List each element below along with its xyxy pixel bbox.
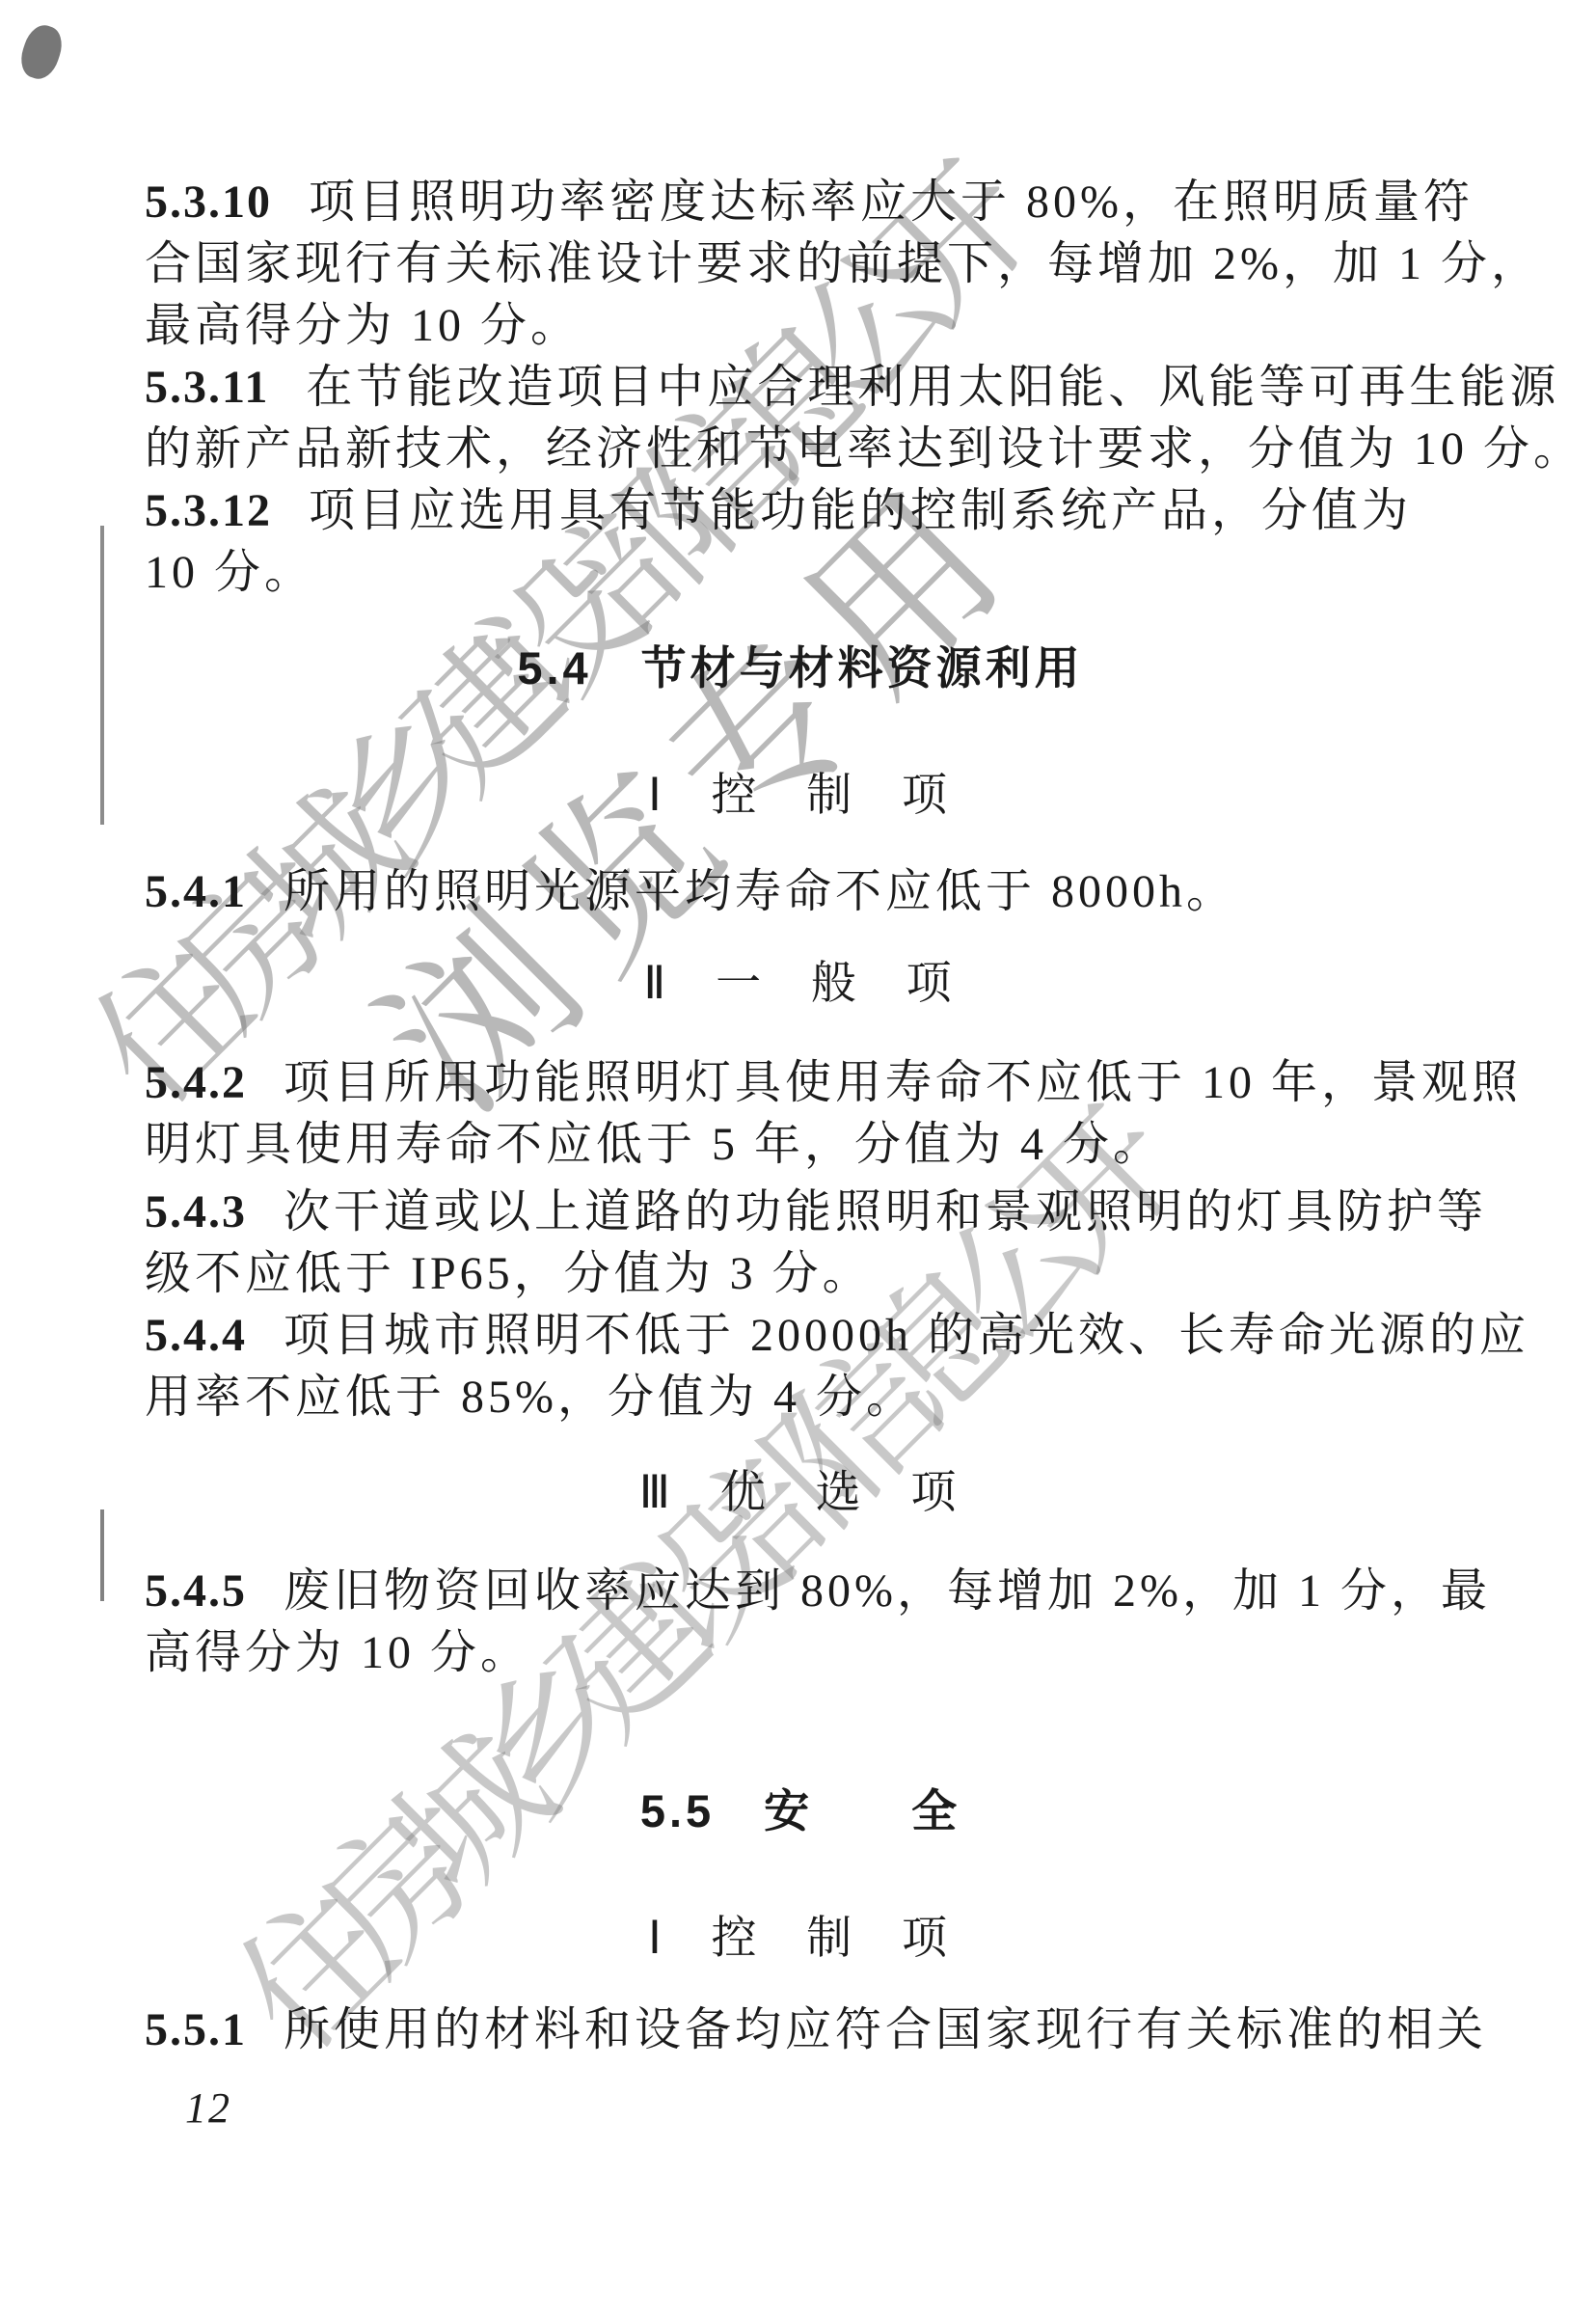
clause-5.3.10: 5.3.10项目照明功率密度达标率应大于 80%，在照明质量符合国家现行有关标准…: [145, 172, 1456, 357]
clause-number: 5.5.1: [145, 2004, 247, 2055]
clause-text: 项目城市照明不低于 20000h 的高光效、长寿命光源的应: [284, 1310, 1529, 1361]
clause-text: 次干道或以上道路的功能照明和景观照明的灯具防护等: [284, 1186, 1487, 1237]
clause-number: 5.3.11: [145, 362, 269, 413]
clause-5.4.2: 5.4.2项目所用功能照明灯具使用寿命不应低于 10 年，景观照明灯具使用寿命不…: [145, 1052, 1456, 1176]
text-line: 用率不应低于 85%，分值为 4 分。: [145, 1367, 1456, 1428]
clause-text: 在节能改造项目中应合理利用太阳能、风能等可再生能源: [306, 362, 1559, 413]
text-line: 5.4.3次干道或以上道路的功能照明和景观照明的灯具防护等: [145, 1182, 1456, 1243]
text-line: 最高得分为 10 分。: [145, 295, 1456, 357]
text-line: 5.4.5废旧物资回收率应达到 80%，每增加 2%，加 1 分，最: [145, 1561, 1456, 1622]
clause-5.4.3: 5.4.3次干道或以上道路的功能照明和景观照明的灯具防护等级不应低于 IP65，…: [145, 1182, 1456, 1305]
clause-number: 5.3.12: [145, 485, 272, 536]
clause-number: 5.4.3: [145, 1186, 247, 1237]
clause-text: 项目所用功能照明灯具使用寿命不应低于 10 年，景观照: [284, 1057, 1522, 1108]
document-page: 住房城乡建设部信息公开 浏览专用 住房城乡建设部信息公开 5.3.10项目照明功…: [0, 0, 1596, 2311]
text-line: 5.3.11在节能改造项目中应合理利用太阳能、风能等可再生能源: [145, 357, 1456, 419]
clause-number: 5.4.1: [145, 866, 247, 917]
text-line: 级不应低于 IP65，分值为 3 分。: [145, 1243, 1456, 1305]
text-line: 5.3.12项目应选用具有节能功能的控制系统产品，分值为: [145, 480, 1456, 542]
text-line: 5.4.1所用的照明光源平均寿命不应低于 8000h。: [145, 861, 1456, 923]
clause-number: 5.4.5: [145, 1565, 247, 1617]
text-line: 5.5.1所使用的材料和设备均应符合国家现行有关标准的相关: [145, 1999, 1456, 2061]
subheading: Ⅰ 控 制 项: [145, 1908, 1456, 1970]
clause-5.4.5: 5.4.5废旧物资回收率应达到 80%，每增加 2%，加 1 分，最高得分为 1…: [145, 1561, 1456, 1684]
clause-5.4.1: 5.4.1所用的照明光源平均寿命不应低于 8000h。: [145, 861, 1456, 923]
clause-number: 5.4.2: [145, 1057, 247, 1108]
text-line: 5.3.10项目照明功率密度达标率应大于 80%，在照明质量符: [145, 172, 1456, 233]
clause-text: 废旧物资回收率应达到 80%，每增加 2%，加 1 分，最: [284, 1565, 1491, 1617]
subheading: Ⅲ 优 选 项: [145, 1462, 1456, 1524]
subheading: Ⅱ 一 般 项: [145, 953, 1456, 1015]
clause-text: 项目应选用具有节能功能的控制系统产品，分值为: [309, 485, 1412, 536]
clause-number: 5.3.10: [145, 177, 272, 228]
section-heading: 5.5 安 全: [145, 1781, 1456, 1842]
subheading: Ⅰ 控 制 项: [145, 765, 1456, 827]
text-line: 5.4.2项目所用功能照明灯具使用寿命不应低于 10 年，景观照: [145, 1052, 1456, 1114]
clause-5.4.4: 5.4.4项目城市照明不低于 20000h 的高光效、长寿命光源的应用率不应低于…: [145, 1305, 1456, 1428]
text-line: 10 分。: [145, 542, 1456, 604]
text-line: 明灯具使用寿命不应低于 5 年，分值为 4 分。: [145, 1114, 1456, 1176]
text-line: 5.4.4项目城市照明不低于 20000h 的高光效、长寿命光源的应: [145, 1305, 1456, 1367]
clause-number: 5.4.4: [145, 1310, 247, 1361]
clause-5.5.1: 5.5.1所使用的材料和设备均应符合国家现行有关标准的相关: [145, 1999, 1456, 2061]
clause-text: 所用的照明光源平均寿命不应低于 8000h。: [284, 866, 1236, 917]
page-number: 12: [185, 2083, 231, 2133]
text-line: 合国家现行有关标准设计要求的前提下，每增加 2%，加 1 分，: [145, 233, 1456, 295]
clause-text: 项目照明功率密度达标率应大于 80%，在照明质量符: [309, 177, 1474, 228]
clause-text: 所使用的材料和设备均应符合国家现行有关标准的相关: [284, 2004, 1487, 2055]
clause-5.3.11: 5.3.11在节能改造项目中应合理利用太阳能、风能等可再生能源的新产品新技术，经…: [145, 357, 1456, 480]
text-line: 的新产品新技术，经济性和节电率达到设计要求，分值为 10 分。: [145, 419, 1456, 480]
document-body: 5.3.10项目照明功率密度达标率应大于 80%，在照明质量符合国家现行有关标准…: [0, 0, 1596, 2061]
clause-5.3.12: 5.3.12项目应选用具有节能功能的控制系统产品，分值为10 分。: [145, 480, 1456, 604]
section-heading: 5.4 节材与材料资源利用: [145, 638, 1456, 699]
text-line: 高得分为 10 分。: [145, 1622, 1456, 1684]
